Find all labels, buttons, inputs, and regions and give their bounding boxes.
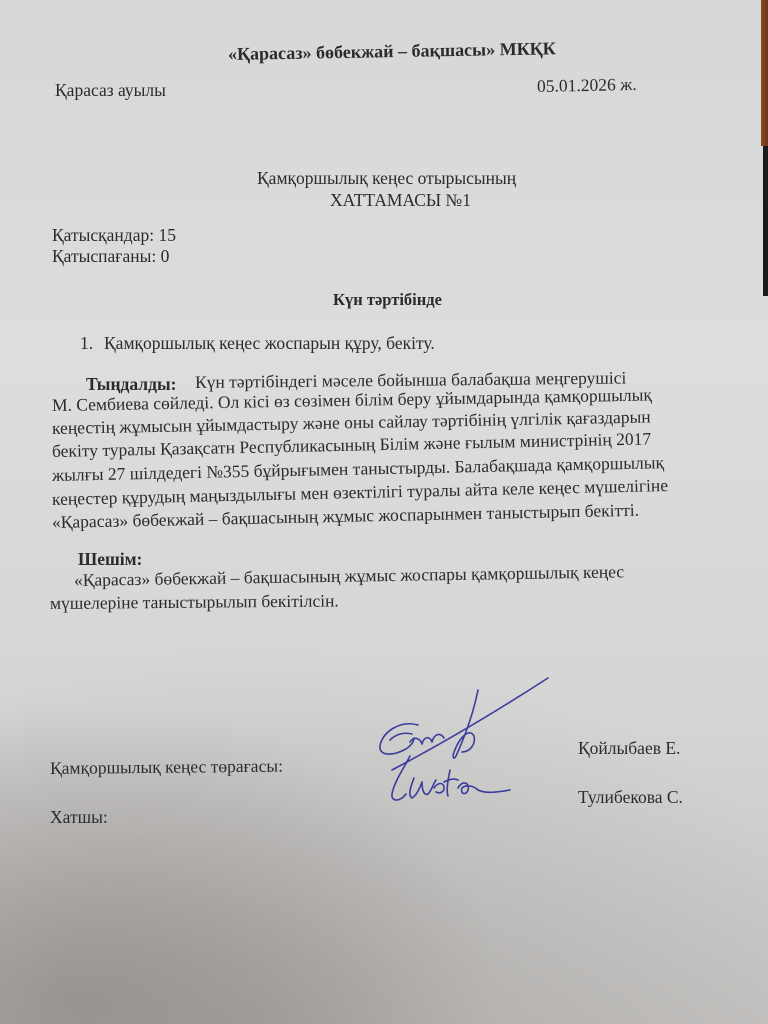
decision-label: Шешім:	[78, 549, 142, 569]
handwritten-signatures	[370, 670, 560, 810]
agenda-item-text: Қамқоршылық кеңес жоспарын құру, бекіту.	[104, 333, 435, 353]
chair-role: Қамқоршылық кеңес төрағасы:	[50, 756, 283, 778]
desk-edge	[761, 0, 768, 146]
village-name: Қарасаз ауылы	[55, 80, 166, 100]
agenda-heading: Күн тәртібінде	[333, 290, 442, 310]
decision-line: мүшелеріне таныстырылып бекітілсін.	[50, 590, 339, 613]
background-edge	[763, 146, 768, 296]
attendance-absent: Қатыспағаны: 0	[52, 246, 169, 266]
protocol-subtitle: Қамқоршылық кеңес отырысының	[257, 168, 516, 188]
heard-label: Тыңдалды:	[86, 374, 176, 394]
attendance-present: Қатысқандар: 15	[52, 225, 176, 245]
agenda-item-number: 1.	[80, 333, 93, 353]
document-date: 05.01.2026 ж.	[537, 74, 637, 96]
secretary-name: Тулибекова С.	[578, 787, 683, 807]
chair-name: Қойлыбаев Е.	[578, 738, 680, 758]
secretary-role: Хатшы:	[50, 807, 108, 827]
protocol-title: ХАТТАМАСЫ №1	[330, 190, 471, 210]
